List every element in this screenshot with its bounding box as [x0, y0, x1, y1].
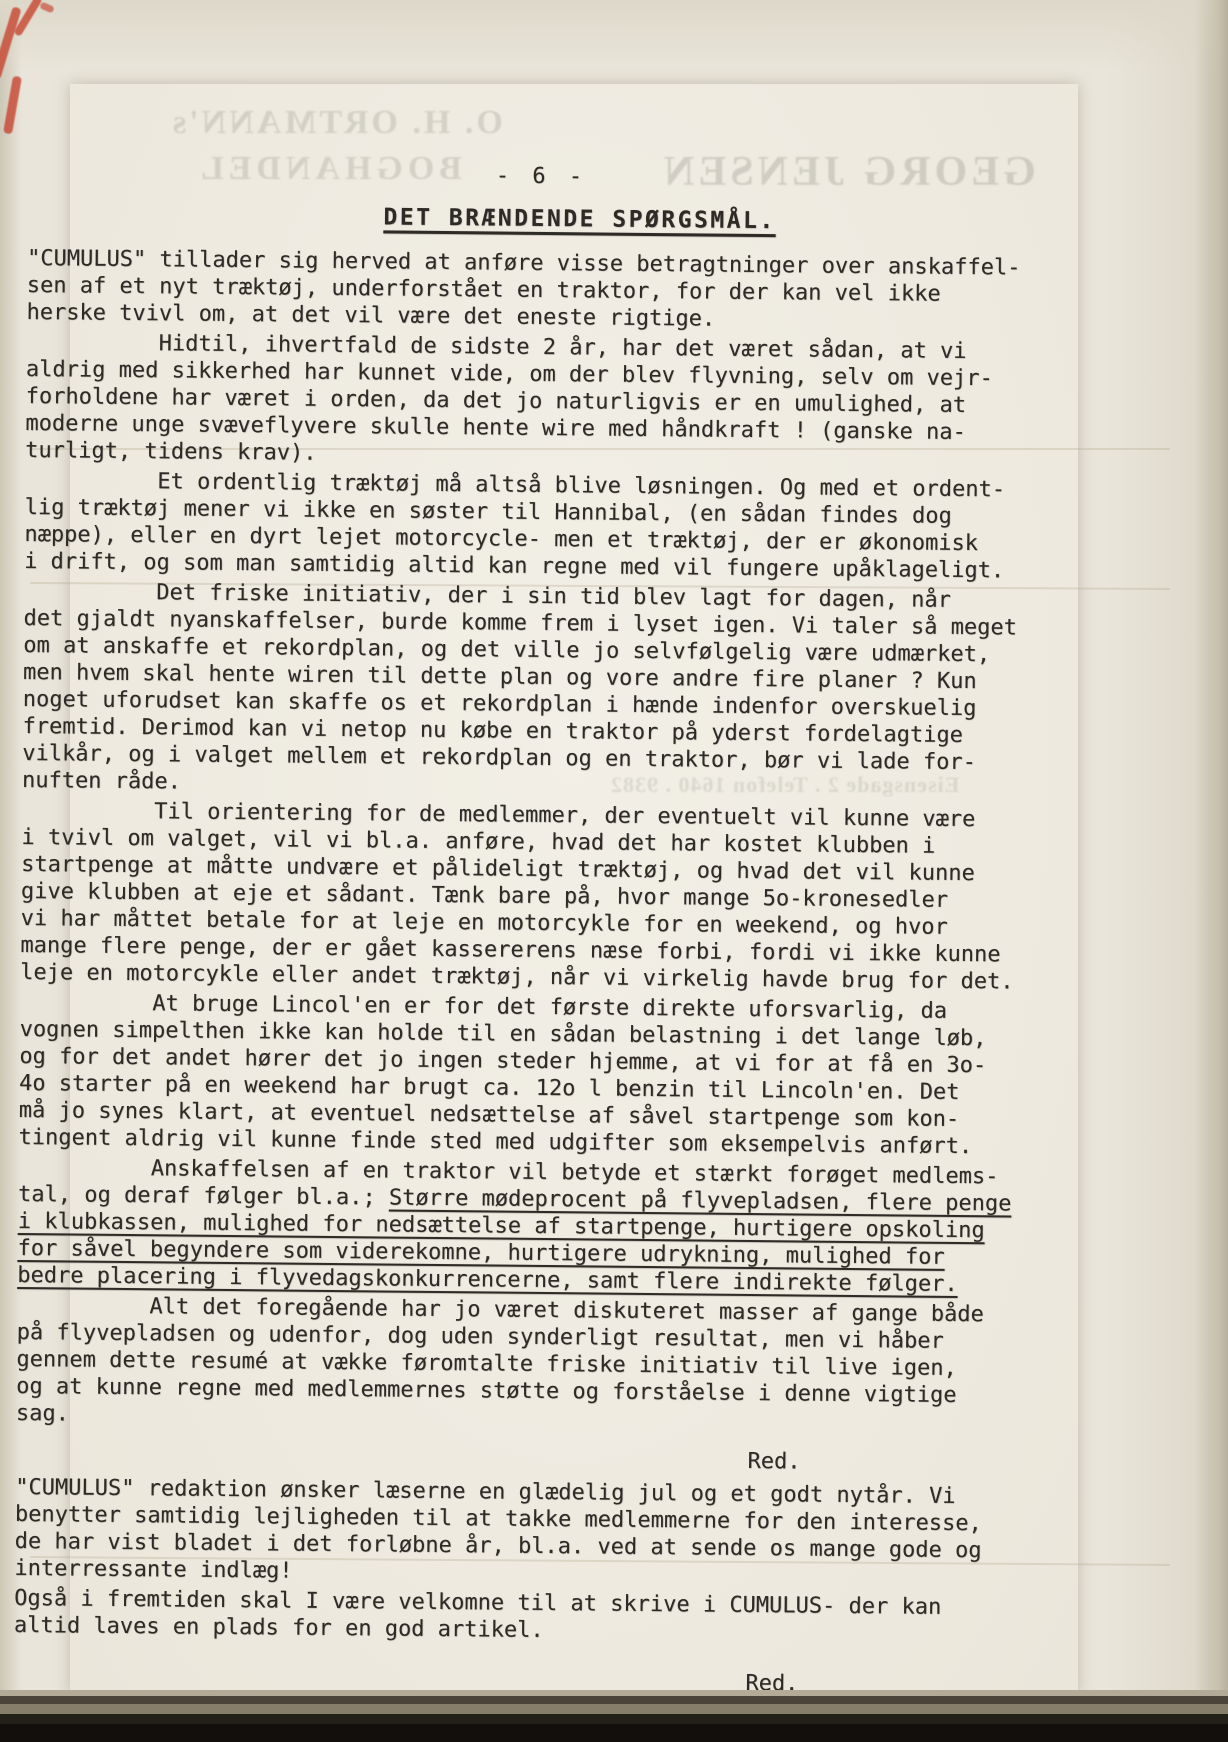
paragraph: At bruge Lincol'en er for det første dir…	[18, 989, 1038, 1161]
paragraph: Hidtil, ihvertfald de sidste 2 år, har d…	[25, 329, 1044, 474]
paper-edge-right	[1194, 0, 1228, 1742]
paragraph: "CUMULUS" tillader sig herved at anføre …	[26, 245, 1045, 336]
editor-signature: Red.	[15, 1441, 1033, 1478]
paragraph: Til orientering for de medlemmer, der ev…	[20, 797, 1040, 996]
paragraph: Alt det foregående har jo været diskuter…	[16, 1292, 1035, 1437]
article-body: - 6 - DET BRÆNDENDE SPØRGSMÅL. "CUMULUS"…	[13, 158, 1046, 1706]
closing-paragraph: Også i fremtiden skal I være velkomne ti…	[14, 1585, 1032, 1649]
page-number: - 6 -	[496, 162, 1046, 194]
paragraph: Det friske initiativ, der i sin tid blev…	[22, 578, 1042, 804]
closing-paragraph: "CUMULUS" redaktion ønsker læserne en gl…	[14, 1474, 1033, 1592]
paragraph: Et ordentlig træktøj må altså blive løsn…	[24, 467, 1043, 585]
bleedthrough-text: O. H. ORTMANN's	[170, 104, 503, 142]
scanned-newsletter-page: GEORG JENSEN O. H. ORTMANN's BOGHANDEL E…	[0, 0, 1228, 1742]
bottom-scan-edge	[0, 1690, 1228, 1742]
paragraph-with-emphasis: Anskaffelsen af en traktor vil betyde et…	[17, 1154, 1036, 1299]
article-title: DET BRÆNDENDE SPØRGSMÅL.	[383, 204, 776, 235]
